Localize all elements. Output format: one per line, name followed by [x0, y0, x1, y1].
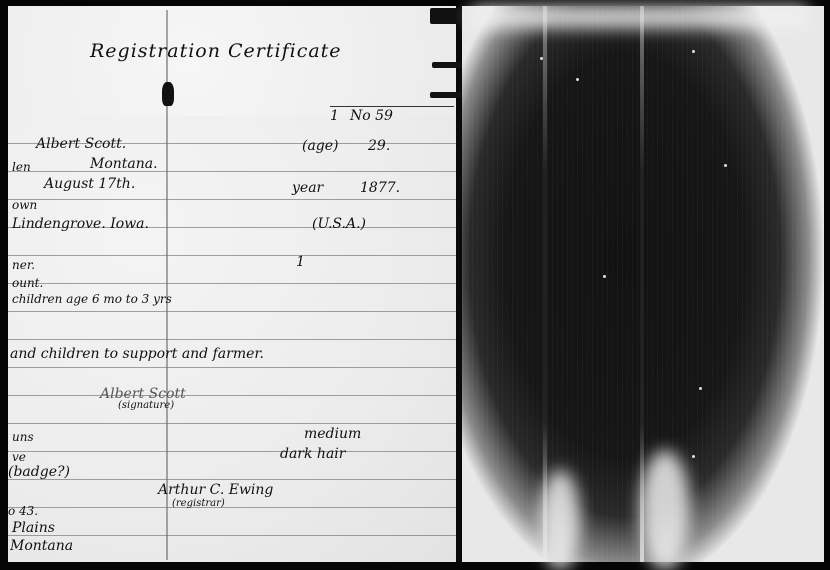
- dust-speck: [692, 455, 695, 458]
- dust-speck: [699, 387, 702, 390]
- label-fragment: ner.: [12, 258, 35, 272]
- number-mark: 1: [330, 108, 339, 124]
- registrar-signature: Arthur C. Ewing: [158, 482, 273, 498]
- field-birth-date: August 17th.: [44, 176, 135, 192]
- age-label: (age): [302, 138, 339, 154]
- tear-mark: [432, 62, 462, 68]
- country-value: (U.S.A.): [312, 216, 366, 232]
- field-birthplace: Lindengrove. Iowa.: [12, 216, 149, 232]
- dust-speck: [724, 164, 727, 167]
- certificate-title: Registration Certificate: [90, 40, 342, 62]
- scan-streak: [543, 6, 547, 562]
- field-height: medium: [304, 426, 361, 442]
- label-fragment: own: [12, 198, 37, 212]
- tear-mark: [430, 92, 462, 98]
- footer-state: Montana: [10, 538, 73, 554]
- label-fragment: ount.: [12, 276, 43, 290]
- scan-glow: [470, 6, 810, 28]
- field-dependents: and children to support and farmer.: [10, 346, 264, 362]
- dust-speck: [692, 50, 695, 53]
- certificate-number: No 59: [350, 108, 393, 124]
- registrar-caption: (registrar): [172, 498, 225, 509]
- footer-place: Plains: [12, 520, 55, 536]
- signature-caption: (signature): [118, 400, 174, 411]
- dust-speck: [540, 57, 543, 60]
- field-name: Albert Scott.: [36, 136, 126, 152]
- scan-glow: [540, 470, 580, 570]
- field-hair: dark hair: [280, 446, 345, 462]
- label-fragment: len: [12, 160, 31, 174]
- field-children: children age 6 mo to 3 yrs: [12, 292, 172, 306]
- scan-glow: [640, 450, 690, 570]
- tear-mark: [430, 8, 460, 24]
- dust-speck: [603, 275, 606, 278]
- field-marks: (badge?): [8, 464, 70, 480]
- year-value: 1877.: [360, 180, 400, 196]
- ink-blot: [162, 82, 174, 106]
- label-fragment: uns: [12, 430, 34, 444]
- age-value: 29.: [368, 138, 390, 154]
- dust-speck: [576, 78, 579, 81]
- year-label: year: [292, 180, 323, 196]
- label-fragment: ve: [12, 450, 26, 464]
- field-residence: Montana.: [90, 156, 158, 172]
- field-value: 1: [296, 254, 305, 270]
- footer-number: o 43.: [8, 504, 38, 518]
